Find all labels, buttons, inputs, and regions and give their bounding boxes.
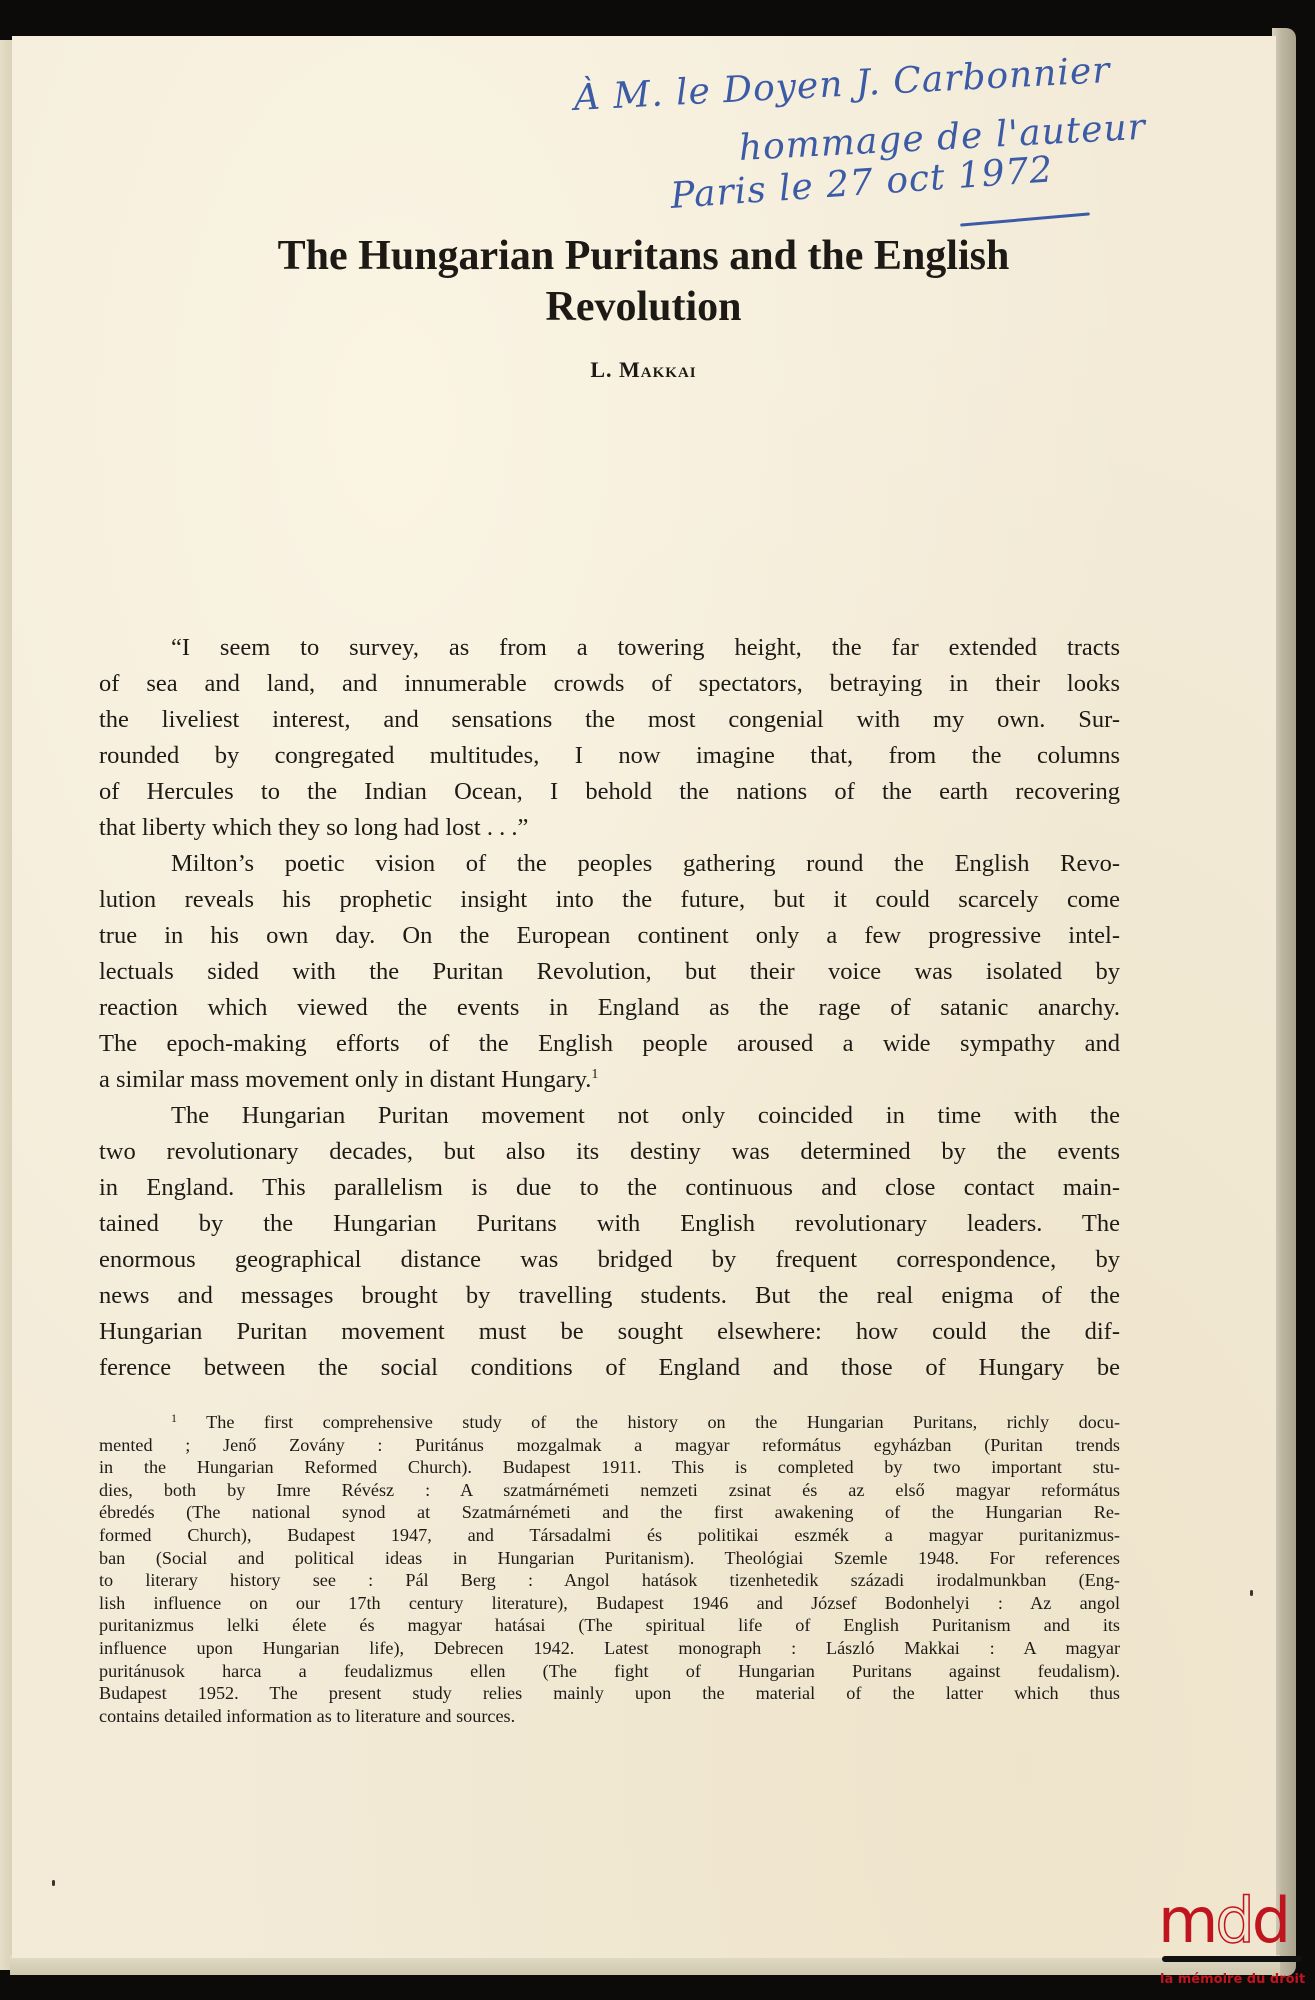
text-line: reaction which viewed the events in Engl… bbox=[99, 990, 1120, 1026]
logo-letter-d: d bbox=[1252, 1884, 1288, 1957]
footnote-line: 1 The first comprehensive study of the h… bbox=[99, 1411, 1120, 1434]
footnote-line: puritánusok harca a feudalizmus ellen (T… bbox=[99, 1660, 1120, 1683]
text-line-content: a similar mass movement only in distant … bbox=[99, 1066, 591, 1093]
logo-tagline: la mémoire du droit bbox=[1160, 1972, 1305, 1987]
mdd-logo-mark: mdd bbox=[1158, 1890, 1288, 1952]
footnote-1: 1 The first comprehensive study of the h… bbox=[99, 1411, 1120, 1727]
paper-speck bbox=[1250, 1590, 1253, 1596]
logo-letter-m: m bbox=[1158, 1884, 1215, 1957]
text-line: rounded by congregated multitudes, I now… bbox=[99, 738, 1120, 774]
footnote-line: puritanizmus lelki élete és magyar hatás… bbox=[99, 1614, 1120, 1637]
logo-letter-d-outline: d bbox=[1215, 1884, 1251, 1957]
footnote-line: formed Church), Budapest 1947, and Társa… bbox=[99, 1524, 1120, 1547]
paragraph-hungarian-movement: The Hungarian Puritan movement not only … bbox=[99, 1098, 1120, 1386]
footnote-line: to literary history see : Pál Berg : Ang… bbox=[99, 1569, 1120, 1592]
paper-speck bbox=[52, 1880, 55, 1886]
text-line: true in his own day. On the European con… bbox=[99, 918, 1120, 954]
footnote-reference[interactable]: 1 bbox=[591, 1067, 598, 1082]
text-line: two revolutionary decades, but also its … bbox=[99, 1134, 1120, 1170]
text-line: lectuals sided with the Puritan Revoluti… bbox=[99, 954, 1120, 990]
footnote-line: influence upon Hungarian life), Debrecen… bbox=[99, 1637, 1120, 1660]
text-line: enormous geographical distance was bridg… bbox=[99, 1242, 1120, 1278]
footnote-line: lish influence on our 17th century liter… bbox=[99, 1592, 1120, 1615]
article-title-line-2: Revolution bbox=[28, 281, 1259, 333]
article-author: L. Makkai bbox=[28, 357, 1259, 383]
text-line: in England. This parallelism is due to t… bbox=[99, 1170, 1120, 1206]
text-line: news and messages brought by travelling … bbox=[99, 1278, 1120, 1314]
footnote-line: in the Hungarian Reformed Church). Budap… bbox=[99, 1456, 1120, 1479]
mdd-watermark-logo: mdd la mémoire du droit bbox=[1158, 1890, 1313, 2000]
footnote-line: Budapest 1952. The present study relies … bbox=[99, 1682, 1120, 1705]
footnote-line: dies, both by Imre Révész : A szatmárném… bbox=[99, 1479, 1120, 1502]
footnote-line: ébredés (The national synod at Szatmárné… bbox=[99, 1501, 1120, 1524]
text-line: “I seem to survey, as from a towering he… bbox=[99, 630, 1120, 666]
paragraph-milton: Milton’s poetic vision of the peoples ga… bbox=[99, 846, 1120, 1098]
text-line: Milton’s poetic vision of the peoples ga… bbox=[99, 846, 1120, 882]
text-line: of sea and land, and innumerable crowds … bbox=[99, 666, 1120, 702]
footnote-line: ban (Social and political ideas in Hunga… bbox=[99, 1547, 1120, 1570]
footnote-line: contains detailed information as to lite… bbox=[99, 1705, 1120, 1728]
text-line: that liberty which they so long had lost… bbox=[99, 810, 1120, 846]
logo-underline-bar bbox=[1162, 1956, 1302, 1962]
text-line: The Hungarian Puritan movement not only … bbox=[99, 1098, 1120, 1134]
article-title-line-1: The Hungarian Puritans and the English bbox=[28, 230, 1259, 282]
text-line: Hungarian Puritan movement must be sough… bbox=[99, 1314, 1120, 1350]
text-line: tained by the Hungarian Puritans with En… bbox=[99, 1206, 1120, 1242]
text-line: ference between the social conditions of… bbox=[99, 1350, 1120, 1386]
text-line: The epoch-making efforts of the English … bbox=[99, 1026, 1120, 1062]
footnote-line-content: The first comprehensive study of the his… bbox=[206, 1412, 1120, 1432]
text-line: of Hercules to the Indian Ocean, I behol… bbox=[99, 774, 1120, 810]
page-edge-bottom bbox=[10, 1955, 1280, 1975]
footnote-line: mented ; Jenő Zovány : Puritánus mozgalm… bbox=[99, 1434, 1120, 1457]
footnote-marker: 1 bbox=[171, 1411, 177, 1425]
text-line: lution reveals his prophetic insight int… bbox=[99, 882, 1120, 918]
text-line: a similar mass movement only in distant … bbox=[99, 1062, 1120, 1098]
scan-background-top bbox=[0, 0, 1315, 40]
text-line: the liveliest interest, and sensations t… bbox=[99, 702, 1120, 738]
article-body: “I seem to survey, as from a towering he… bbox=[99, 630, 1120, 1386]
paragraph-epigraph-quote: “I seem to survey, as from a towering he… bbox=[99, 630, 1120, 846]
